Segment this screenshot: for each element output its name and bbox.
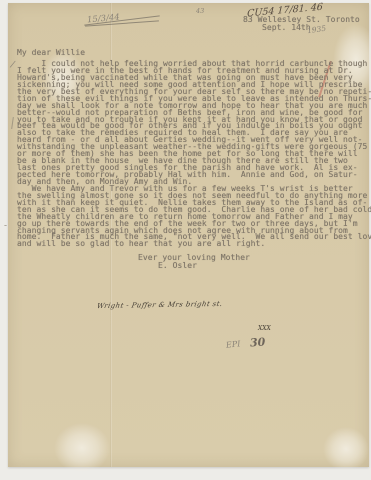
margin-dash-mark: - [4,221,7,231]
letter-body: I could not help feeling worried about t… [17,61,371,248]
epi-number: 30 [250,335,266,349]
kiss-marks: XXX [258,325,271,332]
pencil-number: 43 [196,7,204,15]
scanned-letter: 15/3/44 43 CU54 17/81. 46 83 Wellesley S… [0,0,371,480]
salutation: My dear Willie [17,50,85,57]
signature: E. Osler [158,263,197,270]
epi-label: EPI [226,339,241,349]
letter-line: and will be so glad to hear that you are… [17,241,371,248]
